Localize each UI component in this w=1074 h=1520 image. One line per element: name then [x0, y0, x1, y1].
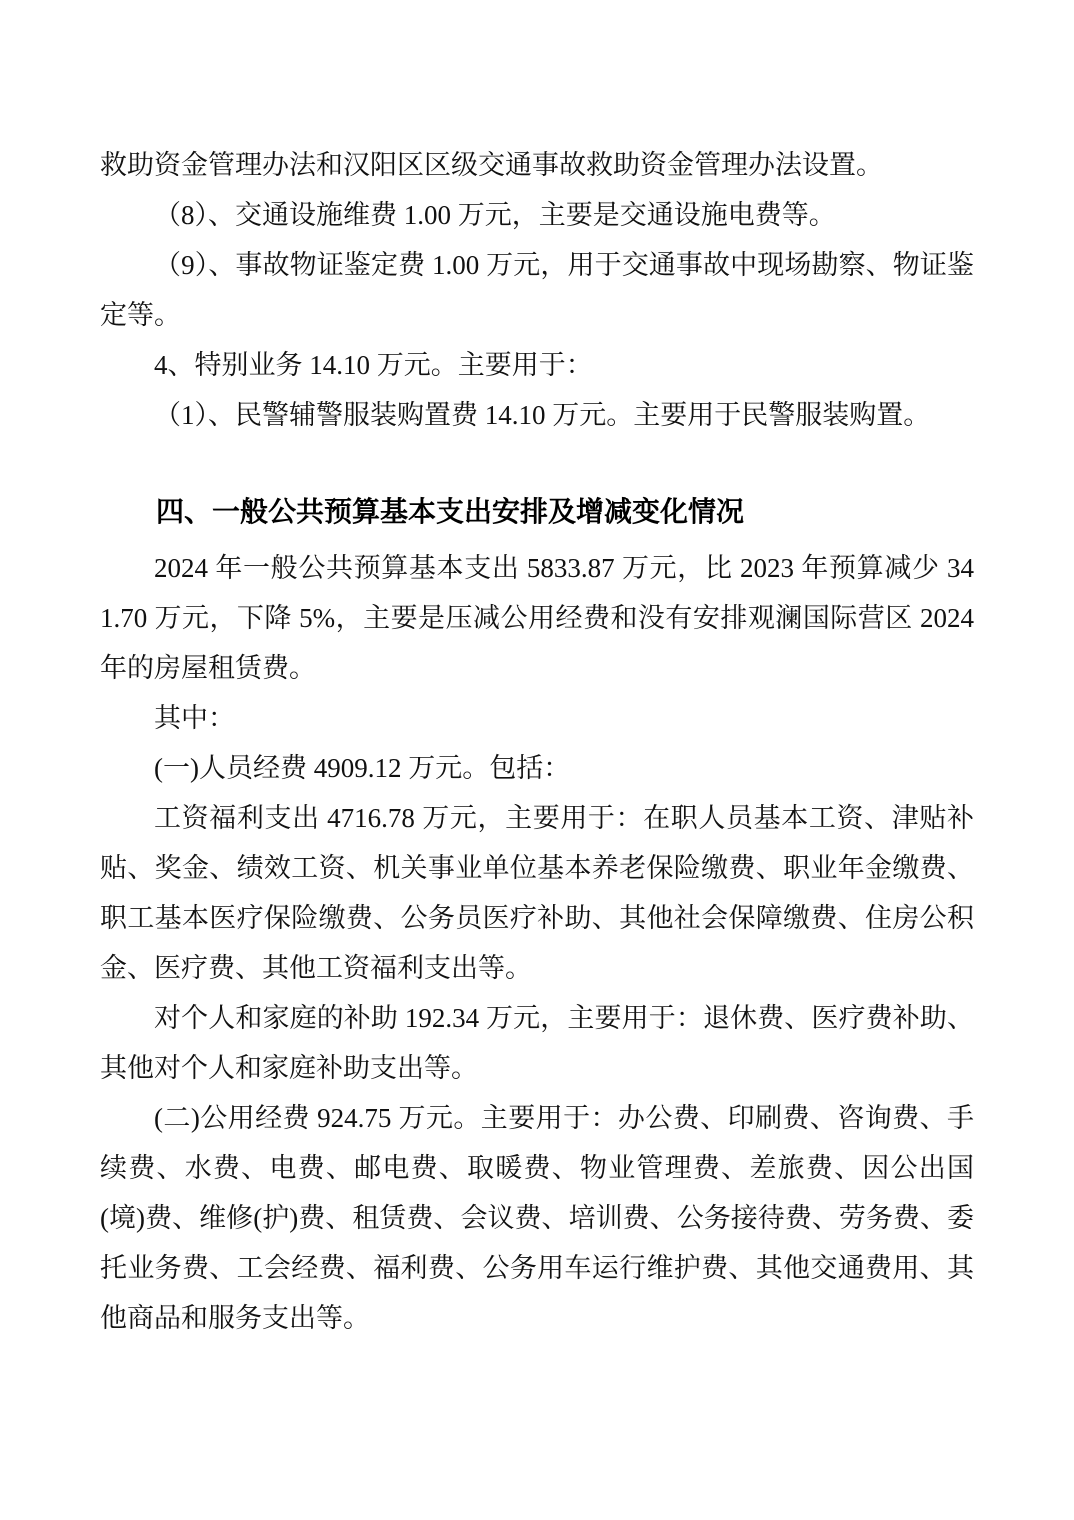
paragraph-item-1-uniform: （1）、民警辅警服装购置费 14.10 万元。主要用于民警服装购置。	[100, 390, 974, 440]
paragraph-item-4-special: 4、特别业务 14.10 万元。主要用于：	[100, 340, 974, 390]
paragraph-personnel-funds: (一)人员经费 4909.12 万元。包括：	[100, 743, 974, 793]
paragraph-salary-welfare: 工资福利支出 4716.78 万元，主要用于：在职人员基本工资、津贴补贴、奖金、…	[100, 793, 974, 993]
section-heading-4: 四、一般公共预算基本支出安排及增减变化情况	[100, 487, 974, 537]
paragraph-budget-summary: 2024 年一般公共预算基本支出 5833.87 万元，比 2023 年预算减少…	[100, 543, 974, 693]
paragraph-continuation: 救助资金管理办法和汉阳区区级交通事故救助资金管理办法设置。	[100, 140, 974, 190]
paragraph-item-8: （8）、交通设施维费 1.00 万元，主要是交通设施电费等。	[100, 190, 974, 240]
paragraph-among-which: 其中：	[100, 693, 974, 743]
paragraph-public-funds: (二)公用经费 924.75 万元。主要用于：办公费、印刷费、咨询费、手续费、水…	[100, 1093, 974, 1343]
paragraph-individual-family-subsidy: 对个人和家庭的补助 192.34 万元，主要用于：退休费、医疗费补助、其他对个人…	[100, 993, 974, 1093]
document-page: 救助资金管理办法和汉阳区区级交通事故救助资金管理办法设置。 （8）、交通设施维费…	[0, 0, 1074, 1520]
paragraph-item-9: （9）、事故物证鉴定费 1.00 万元，用于交通事故中现场勘察、物证鉴定等。	[100, 240, 974, 340]
